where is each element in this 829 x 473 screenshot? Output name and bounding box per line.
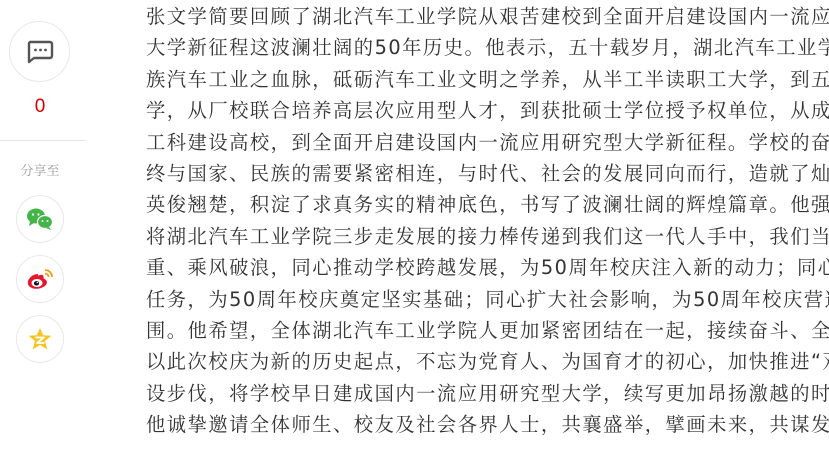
article-body: 张文学简要回顾了湖北汽车工业学院从艰苦建校到全面开启建设国内一流应用研究型 大学…: [146, 0, 822, 440]
share-label: 分享至: [0, 163, 80, 181]
article-line: 张文学简要回顾了湖北汽车工业学院从艰苦建校到全面开启建设国内一流应用研究型: [146, 1, 822, 32]
divider: [0, 140, 86, 141]
article-line: 终与国家、民族的需要紧密相连，与时代、社会的发展同向而行，造就了灿若星辰的: [146, 158, 822, 189]
article-line: 将湖北汽车工业学院三步走发展的接力棒传递到我们这一代人手中，我们当知重负: [146, 221, 822, 252]
article-line: 设步伐，将学校早日建成国内一流应用研究型大学，续写更加昂扬激越的时代华章。: [146, 378, 822, 409]
share-wechat-button[interactable]: [16, 195, 64, 243]
article-line: 工科建设高校，到全面开启建设国内一流应用研究型大学新征程。学校的奋斗轨迹始: [146, 127, 822, 158]
wechat-icon: [26, 207, 54, 231]
article-line: 他诚挚邀请全体师生、校友及社会各界人士，共襄盛举，擘画未来，共谋发展！: [146, 409, 822, 440]
article-line: 学，从厂校联合培养高层次应用型人才，到获批硕士学位授予权单位，从成为首批新: [146, 95, 822, 126]
share-qzone-button[interactable]: [16, 315, 64, 363]
comment-count: 0: [0, 96, 80, 118]
share-weibo-button[interactable]: [16, 255, 64, 303]
article-line: 重、乘风破浪，同心推动学校跨越发展，为50周年校庆注入新的动力；同心落实筹备: [146, 252, 822, 283]
article-line: 围。他希望，全体湖北汽车工业学院人更加紧密团结在一起，接续奋斗、全力以赴，: [146, 315, 822, 346]
article-line: 族汽车工业之血脉，砥砺汽车工业文明之学养，从半工半读职工大学，到五校联合办: [146, 64, 822, 95]
share-sidebar: 0 分享至: [0, 0, 86, 473]
article-line: 任务，为50周年校庆奠定坚实基础；同心扩大社会影响，为50周年校庆营造良好氛: [146, 284, 822, 315]
article-line: 英俊翘楚，积淀了求真务实的精神底色，书写了波澜壮阔的辉煌篇章。他强调，历史: [146, 189, 822, 220]
article-line: 大学新征程这波澜壮阔的50年历史。他表示，五十载岁月，湖北汽车工业学院传承民: [146, 32, 822, 63]
qzone-icon: [27, 327, 53, 351]
comment-button[interactable]: [9, 21, 70, 82]
comment-bubble-icon: [26, 39, 54, 65]
weibo-icon: [26, 267, 54, 291]
article-line: 以此次校庆为新的历史起点，不忘为党育人、为国育才的初心，加快推进“双一流”建: [146, 346, 822, 377]
